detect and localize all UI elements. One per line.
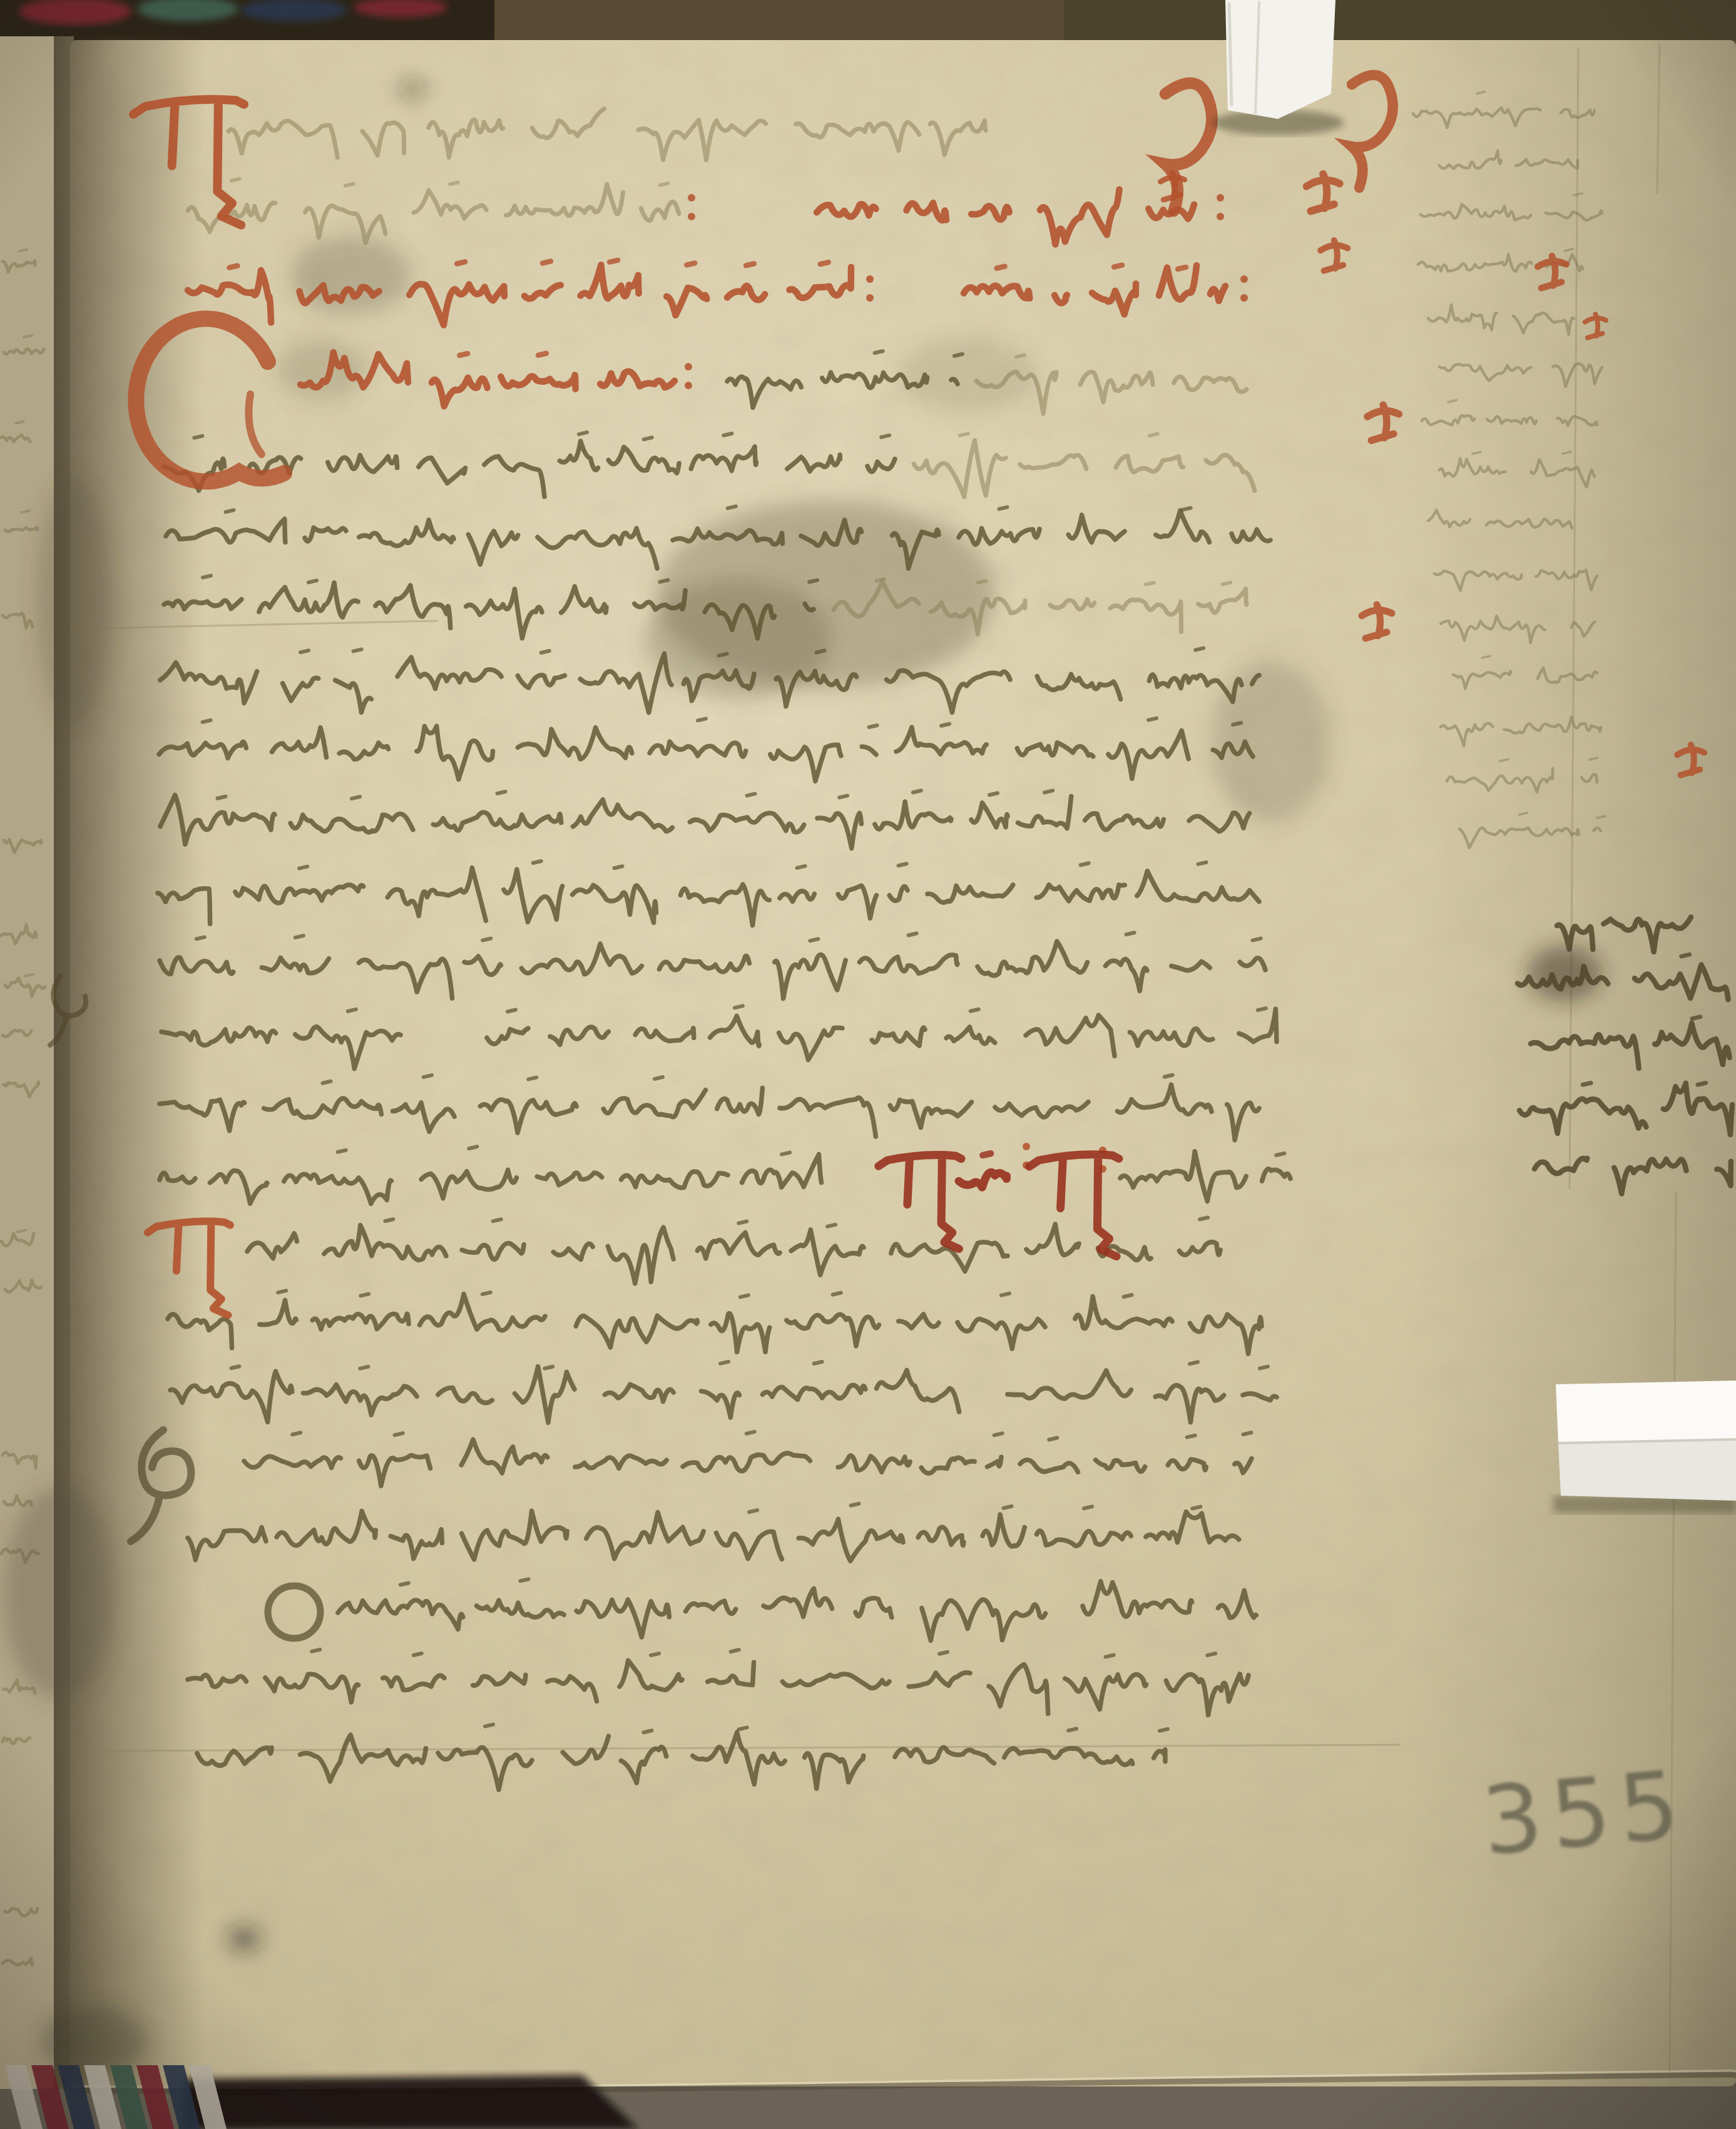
- manuscript-photo: 355: [0, 0, 1736, 2129]
- vignette: [0, 0, 1736, 2129]
